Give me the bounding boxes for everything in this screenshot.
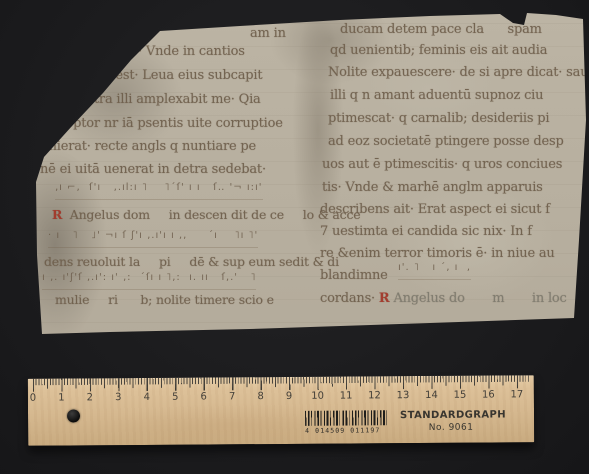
manuscript-text-line: ptimescat· q carnalib; desideriis pi xyxy=(328,111,549,126)
rubric-initial: R xyxy=(52,207,62,222)
barcode-digits: 4 014509 011197 xyxy=(305,426,391,435)
barcode: 4 014509 011197 xyxy=(305,410,391,435)
manuscript-text-line: tis· Vnde & marhē anglm apparuis xyxy=(322,180,543,195)
ruler-number: 3 xyxy=(111,392,125,403)
ruler-number: 12 xyxy=(367,390,381,401)
ruler-brand-block: STANDARDGRAPH No. 9061 xyxy=(400,409,502,433)
ruler-number: 16 xyxy=(481,390,495,401)
manuscript-text-line: oz septū est· Leua eius subcapit xyxy=(58,68,262,83)
manuscript-text-line: ducam detem pace cla spam xyxy=(340,22,542,37)
manuscript-text-line: cordans· R Angelus do m in loc xyxy=(320,291,567,306)
chant-lyric-line: dens reuoluit la pi dē & sup eum sedit &… xyxy=(44,254,339,269)
manuscript-text-line: re &enim terror timoris ē· in niue au xyxy=(320,246,555,261)
manuscript-text-line: uos aut ē ptimescitis· q uros conciues xyxy=(322,157,562,172)
ruler-brand-name: STANDARDGRAPH xyxy=(400,409,502,421)
chant-lyric-line: mulie ri b; nolite timere scio e xyxy=(55,292,274,307)
rubric-initial: R xyxy=(379,291,390,306)
manuscript-text-line: blandimne xyxy=(320,268,388,283)
manuscript-text-line: describens ait· Erat aspect ei sicut f xyxy=(320,202,550,217)
chant-lyric-line: R Angelus dom in descen dit de ce lo & a… xyxy=(52,207,360,222)
ruler-number: 7 xyxy=(225,391,239,402)
musical-neumes: ı'. ˥ ı ´‚ ı ‚ xyxy=(398,262,471,280)
manuscript-text-line: redēptor nr iā psentis uite corruptioe xyxy=(44,116,283,131)
ruler-number: 2 xyxy=(83,392,97,403)
ruler-number: 8 xyxy=(254,391,268,402)
manuscript-text-line: illi q n amant aduentū supnoz ciu xyxy=(330,88,543,103)
ruler-number: 11 xyxy=(339,390,353,401)
ruler-number: 14 xyxy=(424,390,438,401)
ruler-number: 1 xyxy=(54,392,68,403)
musical-neumes: ı ‚. ı'ʃ'ſ ‚.ı': ı' ‚: ´ſı ı ˥,: ı. ıı ſ… xyxy=(42,272,256,290)
ruler-number: 6 xyxy=(197,391,211,402)
manuscript-text: Angelus do m in loc xyxy=(390,291,567,306)
ruler-number: 17 xyxy=(510,389,524,400)
ruler-number: 10 xyxy=(311,391,325,402)
ruler-number: 13 xyxy=(396,390,410,401)
manuscript-text-line: gnatur· Vnde in cantios xyxy=(95,44,245,59)
manuscript-text-line: 7 uestimta ei candida sic nix· In f xyxy=(320,224,532,239)
manuscript-text-line: qd uenientib; feminis eis ait audia xyxy=(330,43,547,58)
manuscript-text-line: Nolite expauescere· de si apre dicat· sa… xyxy=(328,65,588,80)
ruler: 0 1 2 3 4 5 6 7 8 9 10 11 12 13 14 15 16… xyxy=(28,375,534,446)
photo-scene: am in gnatur· Vnde in cantios oz septū e… xyxy=(0,0,589,474)
musical-neumes: · ı ˥ ˩' ¬ı ſ ʃ'ı ‚.ı'ı ı ‚, ´ı ˥ı ˥' xyxy=(48,230,258,248)
manuscript-text-line: eo· & detra illi amplexabit me· Qia xyxy=(40,92,261,107)
ruler-number: 9 xyxy=(282,391,296,402)
ruler-number: 15 xyxy=(453,390,467,401)
manuscript-text: cordans· xyxy=(320,291,379,306)
ruler-number: 5 xyxy=(168,392,182,403)
ruler-number: 0 xyxy=(26,393,40,404)
manuscript-text-line: nē ei uitā uenerat in detra sedebat· xyxy=(40,162,266,177)
musical-neumes: ‚ı ⌐‚ ſ'ı ‚.ıl:ı ˥ ˥´ſ' ı ı ſ‥ '¬ ı:ı' xyxy=(55,182,263,200)
manuscript-text-line: ad eoz societatē ptingere posse desp xyxy=(328,134,564,149)
manuscript-text-line: finierat· recte angls q nuntiare pe xyxy=(40,139,256,154)
manuscript-text-line: am in xyxy=(250,26,286,41)
ruler-number: 4 xyxy=(140,392,154,403)
chant-lyric: Angelus dom in descen dit de ce lo & acc… xyxy=(62,207,360,222)
ruler-hang-hole xyxy=(67,409,80,422)
barcode-stripes xyxy=(305,410,389,426)
ruler-model-number: No. 9061 xyxy=(400,422,502,433)
